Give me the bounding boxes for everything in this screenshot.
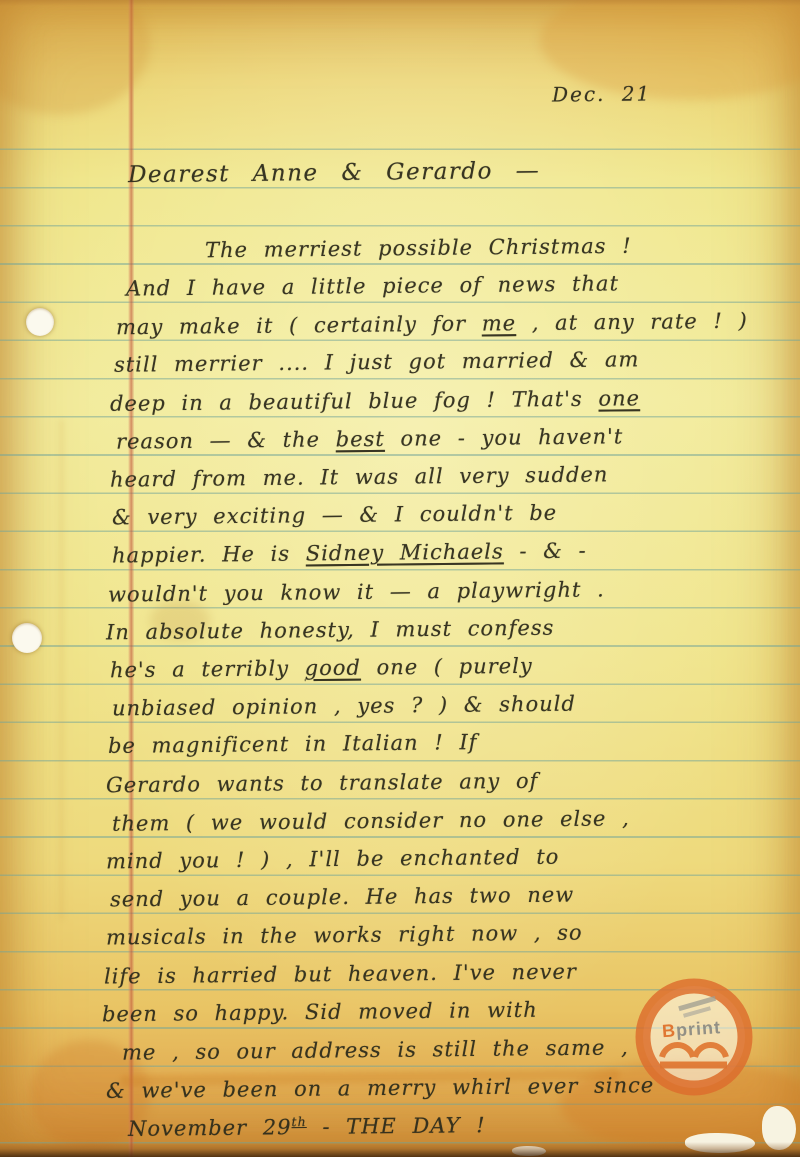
letter-line: send you a couple. He has two new [110,885,574,911]
letter-line: me , so our address is still the same , [122,1037,629,1063]
letter-line: deep in a beautiful blue fog ! That's on… [110,388,640,415]
letter-line: he's a terribly good one ( purely [110,656,533,681]
punch-hole [26,308,54,336]
letter-line: reason — & the best one - you haven't [116,426,624,452]
svg-text:Bprint: Bprint [661,1017,721,1041]
letter-line: been so happy. Sid moved in with [102,1000,538,1026]
stain [0,0,150,115]
letter-page: Dec. 21 Dearest Anne & Gerardo — The mer… [0,0,800,1157]
letter-line: In absolute honesty, I must confess [106,618,555,644]
letter-line: life is harried but heaven. I've never [104,962,577,988]
letter-line: mind you ! ) , I'll be enchanted to [106,847,560,873]
letter-line: happier. He is Sidney Michaels - & - [112,541,587,567]
letter-line: November 29th - THE DAY ! [128,1114,486,1140]
stamp-ring-icon [643,986,745,1088]
torn-spot [512,1146,546,1156]
letter-line: And I have a little piece of news that [126,273,619,299]
letter-line: & we've been on a merry whirl ever since [106,1075,654,1102]
letter-line: unbiased opinion , yes ? ) & should [112,694,576,720]
open-book-icon [660,1045,727,1065]
letter-line: still merrier .... I just got married & … [114,349,640,376]
letter-line: & very exciting — & I couldn't be [112,503,557,529]
punch-hole [12,623,42,653]
letter-line: be magnificent in Italian ! If [108,732,478,757]
torn-spot [762,1106,796,1150]
letter-line: may make it ( certainly for me , at any … [116,311,748,339]
paper-top-edge [0,0,800,6]
letter-line: musicals in the works right now , so [106,923,583,949]
torn-spot [685,1133,755,1153]
letter-line: The merriest possible Christmas ! [205,236,632,261]
letter-line: wouldn't you know it — a playwright . [108,579,605,605]
stamp-text: Bprint [661,1017,721,1041]
letter-salutation: Dearest Anne & Gerardo — [128,160,540,187]
stamp-small-text-bar [678,996,716,1011]
letter-date: Dec. 21 [552,83,651,104]
letter-line: them ( we would consider no one else , [112,808,630,834]
crease [60,420,63,920]
letter-line: Gerardo wants to translate any of [106,771,539,797]
stamp-small-text-bar [683,1006,711,1018]
letter-line: heard from me. It was all very sudden [110,464,609,490]
paper-bottom-edge [0,1142,800,1157]
